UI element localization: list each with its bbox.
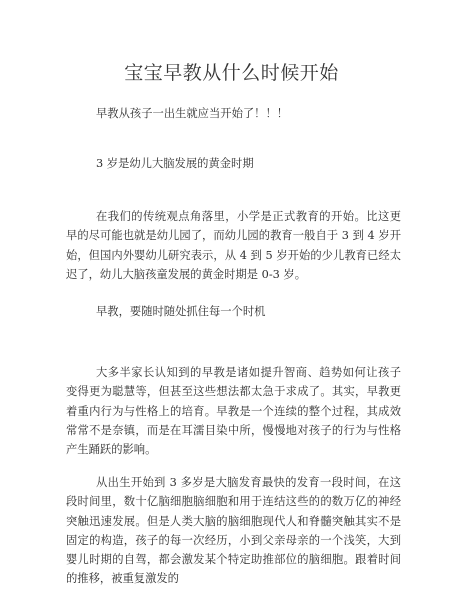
document-page: 宝宝早教从什么时候开始 早教从孩子一出生就应当开始了！！！ 3 岁是幼儿大脑发展… [0, 0, 463, 600]
intro-text: 早教从孩子一出生就应当开始了！！！ [96, 105, 288, 121]
section-heading-golden-period: 3 岁是幼儿大脑发展的黄金时期 [96, 155, 254, 171]
section-heading-every-moment: 早教，要随时随处抓住每一个时机 [96, 303, 265, 319]
paragraph-brain-development: 从出生开始到 3 多岁是大脑发育最快的发育一段时间，在这段时间里，数十亿脑细胞脑… [66, 473, 401, 589]
paragraph-traditional-view: 在我们的传统观点角落里，小学是正式教育的开始。比这更早的尽可能也就是幼儿园了，而… [66, 207, 401, 284]
paragraph-parents-understanding: 大多半家长认知到的早教是诸如提升智商、趋势如何让孩子变得更为聪慧等，但甚至这些想… [66, 363, 401, 459]
document-title: 宝宝早教从什么时候开始 [0, 58, 463, 85]
